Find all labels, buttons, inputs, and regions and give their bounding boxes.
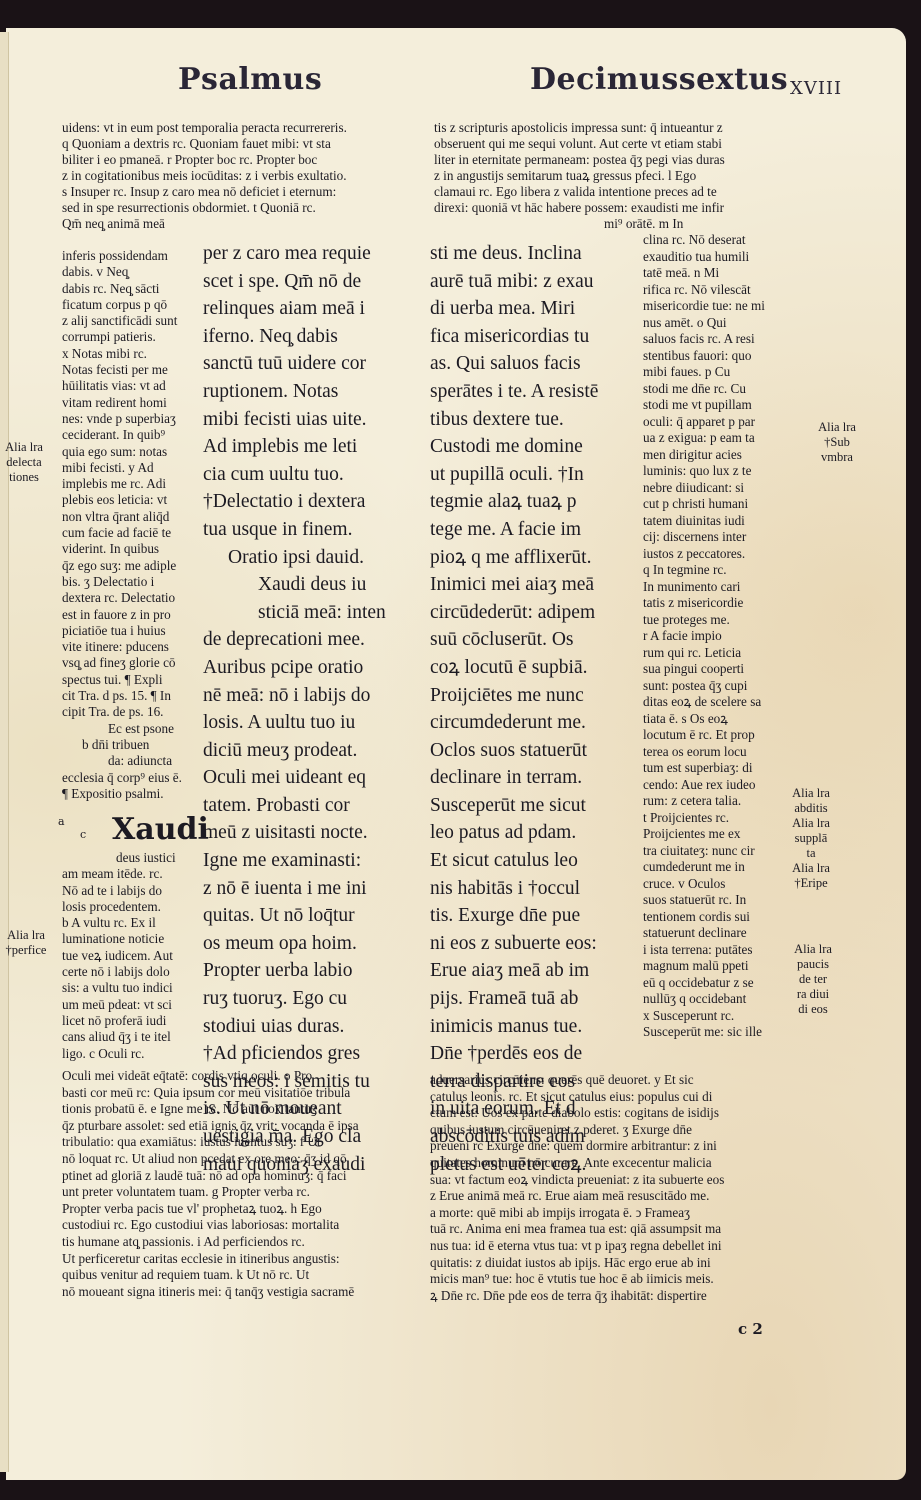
- commentary-line: ꝝ Dn̄e rc. Dn̄e pde eos de terra q̄ʒ iha…: [430, 1288, 724, 1305]
- commentary-line: x Notas mibi rc.: [62, 346, 182, 362]
- commentary-line: ptinet ad gloriā z laudē tuā: nō ad opa …: [62, 1168, 359, 1185]
- commentary-line: tue proteges me.: [643, 612, 765, 629]
- psalm-line: per z caro mea requie: [203, 240, 386, 268]
- commentary-line: ficatum corpus p qō: [62, 297, 182, 313]
- psalm-line: ni eos z subuerte eos:: [430, 930, 598, 958]
- psalm-line: relinques aiam meā i: [203, 295, 386, 323]
- margin-note-line: Alia lra: [786, 861, 836, 876]
- commentary-line: sua: vt factum eoꝝ vindicta preueniat: z…: [430, 1172, 724, 1189]
- psalm-line: diciū meuʒ prodeat.: [203, 737, 386, 765]
- commentary-line: Oculi mei videāt eq̄tatē: cordis vtiq̧ o…: [62, 1068, 359, 1085]
- psalm-line: Ad implebis me leti: [203, 433, 386, 461]
- commentary-line: piciatiōe tua i huius: [62, 623, 182, 639]
- commentary-line: tatis z misericordie: [643, 595, 765, 612]
- commentary-line: vsq̧ ad fineʒ glorie cō: [62, 655, 182, 671]
- commentary-line: r A facie impio: [643, 628, 765, 645]
- commentary-line: catulus leonis. rc. Et sicut catulus eiu…: [430, 1089, 724, 1106]
- commentary-line: ¶ Expositio psalmi.: [62, 786, 182, 802]
- commentary-line: luminis: quo lux z te: [643, 463, 765, 480]
- commentary-line: deus iustici: [62, 850, 176, 866]
- commentary-line: cipit Tra. de ps. 16.: [62, 704, 182, 720]
- commentary-line: x Susceperunt rc.: [643, 1008, 765, 1025]
- psalm-line: z nō ē iuenta i me ini: [203, 875, 386, 903]
- commentary-line: quitatis: z diuidat iustos ab ipijs. Hāc…: [430, 1255, 724, 1272]
- commentary-line: corrumpi patieris.: [62, 329, 182, 345]
- psalm-line: coꝝ locutū ē supbiā.: [430, 654, 598, 682]
- margin-note-line: supplā: [786, 831, 836, 846]
- psalm-line: Dn̄e †perdēs eos de: [430, 1040, 598, 1068]
- commentary-line: locutum ē rc. Et prop: [643, 727, 765, 744]
- column-2-psalm-text: per z caro mea requie scet i spe. Qm̄ nō…: [203, 240, 386, 1178]
- commentary-line: luminatione noticie: [62, 931, 176, 947]
- commentary-line: biliter i eo pmaneā. r Propter boc rc. P…: [62, 152, 347, 168]
- commentary-line: nō loquat rc. Ut aliud non pcedat ex ore…: [62, 1151, 359, 1168]
- psalm-line: inimicis manus tue.: [430, 1013, 598, 1041]
- commentary-line: Ec est psone: [62, 721, 182, 737]
- guide-letter-a: a: [58, 815, 65, 828]
- commentary-line: tis z scripturis apostolicis impressa su…: [434, 120, 725, 136]
- column-1-commentary-lower: deus iustici am meam itēde. rc. Nō ad te…: [62, 850, 176, 1062]
- psalm-line: de deprecationi mee.: [203, 626, 386, 654]
- running-head-left: Psalmus: [178, 62, 322, 97]
- psalm-line: Oratio ipsi dauid.: [203, 544, 386, 572]
- commentary-line: z in angustijs semitarum tuaꝝ gressus pf…: [434, 168, 725, 184]
- commentary-line: direxi: quoniā vt hāc habere possem: exa…: [434, 200, 725, 216]
- commentary-line: i ista terrena: putātes: [643, 942, 765, 959]
- commentary-line: non vltra q̄rant aliq̄d: [62, 509, 182, 525]
- commentary-line: q In tegmine rc.: [643, 562, 765, 579]
- commentary-line: men dirigitur acies: [643, 447, 765, 464]
- commentary-line: spectus tui. ¶ Expli: [62, 672, 182, 688]
- column-4-commentary: clina rc. Nō deserat exauditio tua humil…: [643, 232, 765, 1041]
- margin-note-line: di eos: [788, 1002, 838, 1017]
- psalm-line: tis. Exurge dn̄e pue: [430, 902, 598, 930]
- commentary-line: tionis probatū ē. e Igne me rc. Nō aūt n…: [62, 1101, 359, 1118]
- commentary-line: z alij sanctificādi sunt: [62, 313, 182, 329]
- commentary-line: tentionem cordis sui: [643, 909, 765, 926]
- commentary-line: q̄z pturbare assolet: sed etiā ignis q̄z…: [62, 1118, 359, 1135]
- commentary-line: ceciderant. In quib⁹: [62, 427, 182, 443]
- commentary-line: eū q occidebatur z se: [643, 975, 765, 992]
- psalm-line: Xaudi deus iu: [203, 571, 386, 599]
- commentary-line: dextera rc. Delectatio: [62, 590, 182, 606]
- psalm-line: tege me. A facie im: [430, 516, 598, 544]
- commentary-line: est in fauore z in pro: [62, 607, 182, 623]
- commentary-line: quitates hominum nō curare. Ante excecen…: [430, 1155, 724, 1172]
- commentary-line: oculi: q̄ apparet p par: [643, 414, 765, 431]
- psalm-line: Proijciētes me nunc: [430, 682, 598, 710]
- margin-note-right-1: Alia lra †Sub vmbra: [812, 420, 862, 465]
- commentary-line: cruce. v Oculos: [643, 876, 765, 893]
- psalm-line: Igne me examinasti:: [203, 847, 386, 875]
- commentary-line: Ut perficeretur caritas ecclesie in itin…: [62, 1251, 359, 1268]
- commentary-line: tatē meā. n Mi: [643, 265, 765, 282]
- commentary-line: inferis possidendam: [62, 248, 182, 264]
- margin-note-left-1: Alia lra delecta tiones: [4, 440, 44, 485]
- psalm-line: leo patus ad pdam.: [430, 819, 598, 847]
- commentary-line: bis. ʒ Delectatio i: [62, 574, 182, 590]
- commentary-line: s Insuper rc. Insup z caro mea nō defici…: [62, 184, 347, 200]
- folio-number: XVIII: [790, 78, 842, 99]
- commentary-line: saluos facis rc. A resi: [643, 331, 765, 348]
- margin-note-right-3: Alia lra paucis de ter ra diui di eos: [788, 942, 838, 1017]
- commentary-line: stodi me vt pupillam: [643, 397, 765, 414]
- commentary-line: rum: z cetera talia.: [643, 793, 765, 810]
- psalm-line: tegmie alaꝝ tuaꝝ p: [430, 488, 598, 516]
- commentary-line: a morte: quē mibi ab impijs irrogata ē. …: [430, 1205, 724, 1222]
- margin-note-right-2: Alia lra abditis Alia lra supplā ta Alia…: [786, 786, 836, 891]
- commentary-line: cit Tra. d ps. 15. ¶ In: [62, 688, 182, 704]
- psalm-line: cia cum uultu tuo.: [203, 461, 386, 489]
- commentary-line: z in cogitationibus meis iocūditas: z i …: [62, 168, 347, 184]
- psalm-line: sticiā meā: inten: [203, 599, 386, 627]
- commentary-line: quibus venitur ad requiem tuam. k Ut nō …: [62, 1267, 359, 1284]
- commentary-line: statuerunt declinare: [643, 925, 765, 942]
- commentary-line: vite itinere: pducens: [62, 639, 182, 655]
- commentary-line: licet nō proferā iudi: [62, 1013, 176, 1029]
- psalm-line: Oclos suos statuerūt: [430, 737, 598, 765]
- psalm-line: sanctū tuū uidere cor: [203, 350, 386, 378]
- psalm-line: sperātes i te. A resistē: [430, 378, 598, 406]
- psalm-line: Propter uerba labio: [203, 957, 386, 985]
- commentary-line: tis humane atq̧ passionis. i Ad perficie…: [62, 1234, 359, 1251]
- psalm-line: di uerba mea. Miri: [430, 295, 598, 323]
- commentary-line: ligo. c Oculi rc.: [62, 1046, 176, 1062]
- commentary-line: clina rc. Nō deserat: [643, 232, 765, 249]
- psalm-line: Erue aiaʒ meā ab im: [430, 957, 598, 985]
- commentary-line: nullūʒ q occidebant: [643, 991, 765, 1008]
- commentary-line: obseruent qui me sequi volunt. Aut certe…: [434, 136, 725, 152]
- commentary-line: magnum malū ppeti: [643, 958, 765, 975]
- commentary-line: aduersarius circūiens: querēs quē deuore…: [430, 1072, 724, 1089]
- psalm-line: tibus dextere tue.: [430, 406, 598, 434]
- guide-letter-c: c: [80, 828, 86, 841]
- commentary-line: tiata ē. s Os eoꝝ: [643, 711, 765, 728]
- commentary-line: ecclesia q̄ corp⁹ eius ē.: [62, 770, 182, 786]
- commentary-line: b A vultu rc. Ex il: [62, 915, 176, 931]
- commentary-line: q Quoniam a dextris rc. Quoniam fauet mi…: [62, 136, 347, 152]
- commentary-line: cumdederunt me in: [643, 859, 765, 876]
- signature-mark: c 2: [738, 1320, 763, 1338]
- psalm-line: iferno. Neq̧ dabis: [203, 323, 386, 351]
- commentary-line: plebis eos leticia: vt: [62, 492, 182, 508]
- psalm-line: Custodi me domine: [430, 433, 598, 461]
- psalm-line: suū cōcluserūt. Os: [430, 626, 598, 654]
- commentary-line: da: adiuncta: [62, 753, 182, 769]
- commentary-line: terea os eorum locu: [643, 744, 765, 761]
- commentary-line: tum est superbiaʒ: di: [643, 760, 765, 777]
- commentary-line: tatem diuinitas iudi: [643, 513, 765, 530]
- commentary-line: liter in eternitate permaneam: postea q̄…: [434, 152, 725, 168]
- commentary-line: rifica rc. Nō vilescāt: [643, 282, 765, 299]
- commentary-line: mibi fecisti. y Ad: [62, 460, 182, 476]
- commentary-line: tue veꝝ iudicem. Aut: [62, 948, 176, 964]
- commentary-line: tribulatio: qua examiātus: iustus iuentu…: [62, 1134, 359, 1151]
- commentary-line: Susceperūt me: sic ille: [643, 1024, 765, 1041]
- running-head-right: Decimussextus: [530, 62, 788, 97]
- commentary-line: implebis me rc. Adi: [62, 476, 182, 492]
- psalm-line: †Ad pficiendos gres: [203, 1040, 386, 1068]
- psalm-line: losis. A uultu tuo iu: [203, 709, 386, 737]
- commentary-line: preueni rc Exurge dn̄e: quem dormire arb…: [430, 1138, 724, 1155]
- page-spine-edge: [0, 32, 9, 1472]
- commentary-line: nō moueant signa itineris mei: q̄ tanq̄ʒ…: [62, 1284, 359, 1301]
- psalm-line: aurē tuā mibi: z exau: [430, 268, 598, 296]
- commentary-line: cij: discernens inter: [643, 529, 765, 546]
- commentary-line: suos statuerūt rc. In: [643, 892, 765, 909]
- commentary-line: quibus iustum circūueniret z pderet. ʒ E…: [430, 1122, 724, 1139]
- psalm-line: pijs. Frameā tuā ab: [430, 985, 598, 1013]
- psalm-line: nē meā: nō i labijs do: [203, 682, 386, 710]
- column-1-commentary: inferis possidendam dabis. v Neq̧ dabis …: [62, 248, 182, 802]
- commentary-line: mi⁹ orātē. m In: [434, 216, 725, 232]
- margin-note-line: tiones: [4, 470, 44, 485]
- commentary-line: ctum est: Uos ex parte diabolo estis: co…: [430, 1105, 724, 1122]
- commentary-line: quia ego sum: notas: [62, 444, 182, 460]
- commentary-line: dabis rc. Neq̧ sācti: [62, 281, 182, 297]
- commentary-line: Qm̄ neq̧ animā meā: [62, 216, 347, 232]
- commentary-line: basti cor meū rc: Quia ipsum cor meū vis…: [62, 1085, 359, 1102]
- bottom-commentary-left: Oculi mei videāt eq̄tatē: cordis vtiq̧ o…: [62, 1068, 359, 1300]
- commentary-line: Nō ad te i labijs do: [62, 883, 176, 899]
- commentary-line: sua pingui cooperti: [643, 661, 765, 678]
- margin-note-line: delecta: [4, 455, 44, 470]
- top-commentary-right: tis z scripturis apostolicis impressa su…: [434, 120, 725, 232]
- margin-note-line: Alia lra: [2, 928, 50, 943]
- psalm-line: Oculi mei uideant eq: [203, 764, 386, 792]
- commentary-line: iustos z peccatores.: [643, 546, 765, 563]
- commentary-line: dabis. v Neq̧: [62, 264, 182, 280]
- psalm-line: tua usque in finem.: [203, 516, 386, 544]
- psalm-line: Auribus pcipe oratio: [203, 654, 386, 682]
- psalm-line: ut pupillā oculi. †In: [430, 461, 598, 489]
- psalm-line: pioꝝ q me afflixerūt.: [430, 544, 598, 572]
- commentary-line: losis procedentem.: [62, 899, 176, 915]
- commentary-line: am meam itēde. rc.: [62, 866, 176, 882]
- commentary-line: t Proijcientes rc.: [643, 810, 765, 827]
- commentary-line: tra ciuitateʒ: nunc cir: [643, 843, 765, 860]
- commentary-line: Proijcientes me ex: [643, 826, 765, 843]
- psalm-line: Et sicut catulus leo: [430, 847, 598, 875]
- commentary-line: unt preter voluntatem tuam. g Propter ve…: [62, 1184, 359, 1201]
- commentary-line: nes: vnde p superbiaʒ: [62, 411, 182, 427]
- commentary-line: um meū pdeat: vt sci: [62, 997, 176, 1013]
- margin-note-line: abditis: [786, 801, 836, 816]
- commentary-line: ditas eoꝝ de scelere sa: [643, 694, 765, 711]
- commentary-line: stodi me dn̄e rc. Cu: [643, 381, 765, 398]
- psalm-line: ruptionem. Notas: [203, 378, 386, 406]
- commentary-line: nebre diiudicant: si: [643, 480, 765, 497]
- commentary-line: certe nō i labijs dolo: [62, 964, 176, 980]
- commentary-line: sis: a vultu tuo indici: [62, 980, 176, 996]
- commentary-line: exauditio tua humili: [643, 249, 765, 266]
- margin-note-line: Alia lra: [786, 786, 836, 801]
- bottom-commentary-right: aduersarius circūiens: querēs quē deuore…: [430, 1072, 724, 1304]
- psalm-line: circumdederunt me.: [430, 709, 598, 737]
- psalm-line: quitas. Ut nō loq̄tur: [203, 902, 386, 930]
- margin-note-line: Alia lra: [4, 440, 44, 455]
- psalm-line: circūdederūt: adipem: [430, 599, 598, 627]
- psalm-line: Susceperūt me sicut: [430, 792, 598, 820]
- commentary-line: rum qui rc. Leticia: [643, 645, 765, 662]
- margin-note-line: Alia lra: [812, 420, 862, 435]
- psalm-line: mibi fecisti uias uite.: [203, 406, 386, 434]
- commentary-line: stentibus fauori: quo: [643, 348, 765, 365]
- psalm-line: fica misericordias tu: [430, 323, 598, 351]
- commentary-line: viderint. In quibus: [62, 541, 182, 557]
- psalm-line: tatem. Probasti cor: [203, 792, 386, 820]
- margin-note-line: de ter: [788, 972, 838, 987]
- initial-xaudi: Xaudi: [112, 812, 209, 847]
- commentary-line: nus tua: id ē eterna vtus tua: vt p ipaʒ…: [430, 1238, 724, 1255]
- commentary-line: cendo: Aue rex iudeo: [643, 777, 765, 794]
- commentary-line: hūilitatis vias: vt ad: [62, 378, 182, 394]
- commentary-line: In munimento cari: [643, 579, 765, 596]
- commentary-line: q̄z ego suʒ: me adiple: [62, 558, 182, 574]
- commentary-line: custodiui rc. Ego custodiui vias laborio…: [62, 1217, 359, 1234]
- commentary-line: micis man⁹ tue: hoc ē vtutis tue hoc ē a…: [430, 1271, 724, 1288]
- commentary-line: clamaui rc. Ego libera z valida intentio…: [434, 184, 725, 200]
- psalm-line: Inimici mei aiaʒ meā: [430, 571, 598, 599]
- margin-note-line: †Sub: [812, 435, 862, 450]
- psalm-line: meū z uisitasti nocte.: [203, 819, 386, 847]
- commentary-line: b dn̄i tribuen: [62, 737, 182, 753]
- commentary-line: cut p christi humani: [643, 496, 765, 513]
- commentary-line: Propter verba pacis tue vl' prophetaꝝ tu…: [62, 1201, 359, 1218]
- psalm-line: nis habitās i †occul: [430, 875, 598, 903]
- commentary-line: cum facie ad faciē te: [62, 525, 182, 541]
- commentary-line: Notas fecisti per me: [62, 362, 182, 378]
- psalm-line: declinare in terram.: [430, 764, 598, 792]
- commentary-line: sunt: postea q̄ʒ cupi: [643, 678, 765, 695]
- column-3-psalm-text: sti me deus. Inclina aurē tuā mibi: z ex…: [430, 240, 598, 1178]
- margin-note-line: †Eripe: [786, 876, 836, 891]
- commentary-line: misericordie tue: ne mi: [643, 298, 765, 315]
- psalm-line: scet i spe. Qm̄ nō de: [203, 268, 386, 296]
- psalm-line: as. Qui saluos facis: [430, 350, 598, 378]
- margin-note-line: paucis: [788, 957, 838, 972]
- psalm-line: os meum opa hoim.: [203, 930, 386, 958]
- margin-note-line: Alia lra: [788, 942, 838, 957]
- psalm-line: stodiui uias duras.: [203, 1013, 386, 1041]
- margin-note-line: ra diui: [788, 987, 838, 1002]
- commentary-line: cans aliud q̄ʒ i te itel: [62, 1029, 176, 1045]
- margin-note-left-2: Alia lra †perfice: [2, 928, 50, 958]
- margin-note-line: vmbra: [812, 450, 862, 465]
- commentary-line: ua z exigua: p eam ta: [643, 430, 765, 447]
- margin-note-line: ta: [786, 846, 836, 861]
- margin-note-line: Alia lra: [786, 816, 836, 831]
- commentary-line: sed in spe resurrectionis obdormiet. t Q…: [62, 200, 347, 216]
- psalm-line: sti me deus. Inclina: [430, 240, 598, 268]
- margin-note-line: †perfice: [2, 943, 50, 958]
- commentary-line: mibi faues. p Cu: [643, 364, 765, 381]
- psalm-line: ruʒ tuoruʒ. Ego cu: [203, 985, 386, 1013]
- commentary-line: z Erue animā meā rc. Erue aiam meā resus…: [430, 1188, 724, 1205]
- psalm-line: †Delectatio i dextera: [203, 488, 386, 516]
- commentary-line: uidens: vt in eum post temporalia peract…: [62, 120, 347, 136]
- commentary-line: vitam redirent homi: [62, 395, 182, 411]
- commentary-line: tuā rc. Anima eni mea framea tua est: qi…: [430, 1221, 724, 1238]
- commentary-line: nus amēt. o Qui: [643, 315, 765, 332]
- top-commentary-left: uidens: vt in eum post temporalia peract…: [62, 120, 347, 232]
